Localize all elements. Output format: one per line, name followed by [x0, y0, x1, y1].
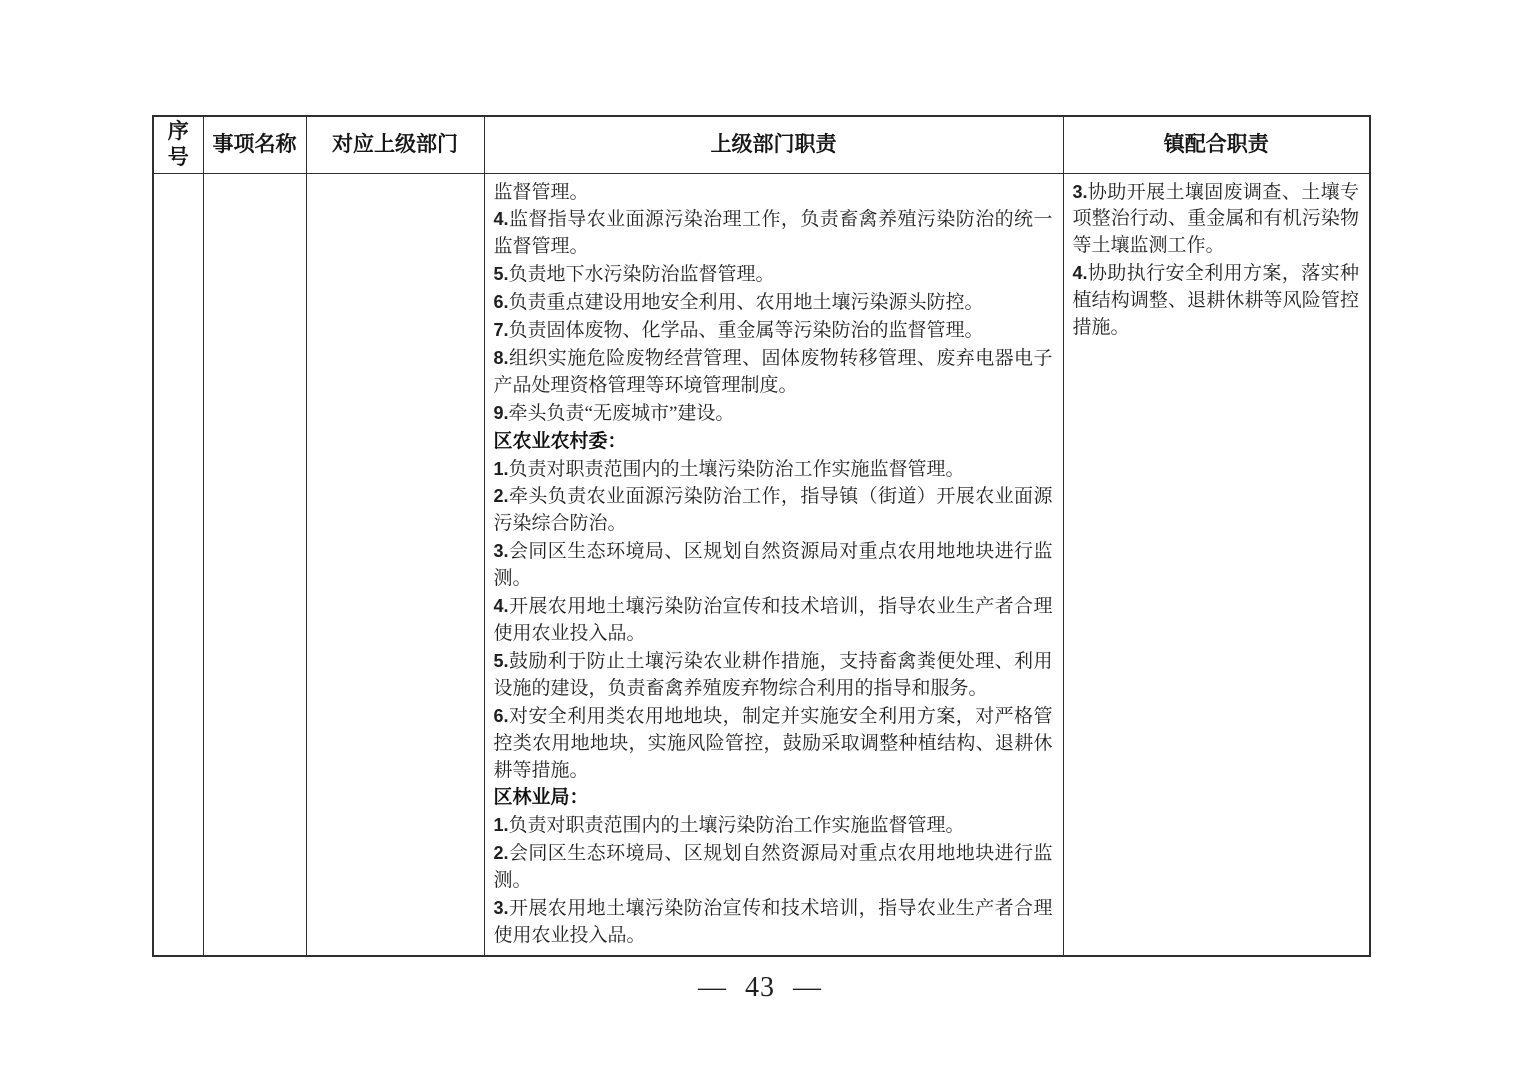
duty-number: 2.	[494, 843, 509, 863]
page-footer: —43—	[0, 972, 1520, 1004]
duty-paragraph: 3.协助开展土壤固废调查、土壤专项整治行动、重金属和有机污染物等土壤监测工作。	[1073, 179, 1360, 261]
duty-text: 组织实施危险废物经营管理、固体废物转移管理、废弃电器电子产品处理资格管理等环境管…	[494, 348, 1053, 396]
duty-text: 鼓励利于防止土壤污染农业耕作措施，支持畜禽粪便处理、利用设施的建设，负责畜禽养殖…	[494, 651, 1053, 699]
duty-text: 牵头负责农业面源污染防治工作，指导镇（街道）开展农业面源污染综合防治。	[494, 486, 1053, 534]
duty-text: 负责固体废物、化学品、重金属等污染防治的监督管理。	[509, 320, 984, 341]
table-header-row: 序号 事项名称 对应上级部门 上级部门职责 镇配合职责	[153, 116, 1370, 173]
duty-number: 5.	[494, 264, 509, 284]
duty-text: 开展农用地土壤污染防治宣传和技术培训，指导农业生产者合理使用农业投入品。	[494, 596, 1053, 644]
duty-number: 2.	[494, 486, 509, 506]
duty-paragraph: 3.会同区生态环境局、区规划自然资源局对重点农用地地块进行监测。	[494, 538, 1053, 593]
duty-number: 7.	[494, 320, 509, 340]
footer-dash-right: —	[793, 972, 822, 1003]
duty-text: 对安全利用类农用地地块，制定并实施安全利用方案，对严格管控类农用地地块，实施风险…	[494, 706, 1053, 781]
duty-paragraph: 2.会同区生态环境局、区规划自然资源局对重点农用地地块进行监测。	[494, 840, 1053, 895]
duty-paragraph: 监督管理。	[494, 179, 1053, 207]
cell-superior-dept	[306, 173, 484, 956]
duty-text: 协助开展土壤固废调查、土壤专项整治行动、重金属和有机污染物等土壤监测工作。	[1073, 182, 1360, 257]
duty-number: 4.	[494, 209, 509, 229]
duty-paragraph: 6.负责重点建设用地安全利用、农用地土壤污染源头防控。	[494, 289, 1053, 317]
duty-number: 6.	[494, 292, 509, 312]
duty-paragraph: 区农业农村委：	[494, 428, 1053, 456]
duty-paragraph: 4.监督指导农业面源污染治理工作，负责畜禽养殖污染防治的统一监督管理。	[494, 206, 1053, 261]
duty-paragraph: 7.负责固体废物、化学品、重金属等污染防治的监督管理。	[494, 317, 1053, 345]
cell-superior-duties: 监督管理。 4.监督指导农业面源污染治理工作，负责畜禽养殖污染防治的统一监督管理…	[484, 173, 1063, 956]
duty-paragraph: 4.协助执行安全利用方案，落实种植结构调整、退耕休耕等风险管控措施。	[1073, 260, 1360, 342]
duty-paragraph: 4.开展农用地土壤污染防治宣传和技术培训，指导农业生产者合理使用农业投入品。	[494, 593, 1053, 648]
duty-paragraph: 5.鼓励利于防止土壤污染农业耕作措施，支持畜禽粪便处理、利用设施的建设，负责畜禽…	[494, 648, 1053, 703]
duty-text: 区林业局：	[494, 787, 589, 808]
duty-number: 6.	[494, 706, 509, 726]
duty-text: 负责对职责范围内的土壤污染防治工作实施监督管理。	[509, 815, 965, 836]
column-header-superior-duties: 上级部门职责	[484, 116, 1063, 173]
duty-paragraph: 6.对安全利用类农用地地块，制定并实施安全利用方案，对严格管控类农用地地块，实施…	[494, 703, 1053, 785]
duty-paragraph: 5.负责地下水污染防治监督管理。	[494, 261, 1053, 289]
duty-paragraph: 2.牵头负责农业面源污染防治工作，指导镇（街道）开展农业面源污染综合防治。	[494, 483, 1053, 538]
column-header-town-duties: 镇配合职责	[1063, 116, 1370, 173]
duty-paragraph: 区林业局：	[494, 784, 1053, 812]
duty-number: 3.	[494, 898, 509, 918]
duty-text: 负责对职责范围内的土壤污染防治工作实施监督管理。	[509, 459, 965, 480]
duty-number: 5.	[494, 651, 509, 671]
duty-paragraph: 1.负责对职责范围内的土壤污染防治工作实施监督管理。	[494, 812, 1053, 840]
duty-paragraph: 9.牵头负责“无废城市”建设。	[494, 400, 1053, 428]
duty-text: 监督指导农业面源污染治理工作，负责畜禽养殖污染防治的统一监督管理。	[494, 209, 1053, 257]
responsibilities-table: 序号 事项名称 对应上级部门 上级部门职责 镇配合职责 监督管理。 4.监督指导…	[152, 115, 1371, 957]
cell-town-duties: 3.协助开展土壤固废调查、土壤专项整治行动、重金属和有机污染物等土壤监测工作。 …	[1063, 173, 1370, 956]
duty-number: 4.	[494, 596, 509, 616]
duty-number: 3.	[494, 541, 509, 561]
column-header-superior-dept: 对应上级部门	[306, 116, 484, 173]
footer-dash-left: —	[698, 972, 727, 1003]
document-page: 序号 事项名称 对应上级部门 上级部门职责 镇配合职责 监督管理。 4.监督指导…	[0, 0, 1520, 1074]
column-header-item-name: 事项名称	[203, 116, 306, 173]
duty-number: 1.	[494, 459, 509, 479]
duty-text: 牵头负责“无废城市”建设。	[509, 403, 735, 424]
duty-number: 9.	[494, 403, 509, 423]
table-body-row: 监督管理。 4.监督指导农业面源污染治理工作，负责畜禽养殖污染防治的统一监督管理…	[153, 173, 1370, 956]
duty-text: 会同区生态环境局、区规划自然资源局对重点农用地地块进行监测。	[494, 843, 1053, 891]
duty-paragraph: 8.组织实施危险废物经营管理、固体废物转移管理、废弃电器电子产品处理资格管理等环…	[494, 345, 1053, 400]
duty-text: 负责重点建设用地安全利用、农用地土壤污染源头防控。	[509, 292, 984, 313]
duty-number: 8.	[494, 348, 509, 368]
duty-text: 区农业农村委：	[494, 431, 627, 452]
duty-text: 协助执行安全利用方案，落实种植结构调整、退耕休耕等风险管控措施。	[1073, 263, 1360, 338]
column-header-seq: 序号	[153, 116, 203, 173]
duty-text: 开展农用地土壤污染防治宣传和技术培训，指导农业生产者合理使用农业投入品。	[494, 898, 1053, 946]
duty-paragraph: 3.开展农用地土壤污染防治宣传和技术培训，指导农业生产者合理使用农业投入品。	[494, 895, 1053, 950]
duty-text: 负责地下水污染防治监督管理。	[509, 264, 775, 285]
duty-text: 会同区生态环境局、区规划自然资源局对重点农用地地块进行监测。	[494, 541, 1053, 589]
duty-number: 4.	[1073, 263, 1088, 283]
cell-item-name	[203, 173, 306, 956]
duty-paragraph: 1.负责对职责范围内的土壤污染防治工作实施监督管理。	[494, 456, 1053, 484]
duty-number: 3.	[1073, 182, 1088, 202]
duty-text: 监督管理。	[494, 182, 589, 203]
page-number: 43	[745, 972, 775, 1003]
cell-seq	[153, 173, 203, 956]
duty-number: 1.	[494, 815, 509, 835]
